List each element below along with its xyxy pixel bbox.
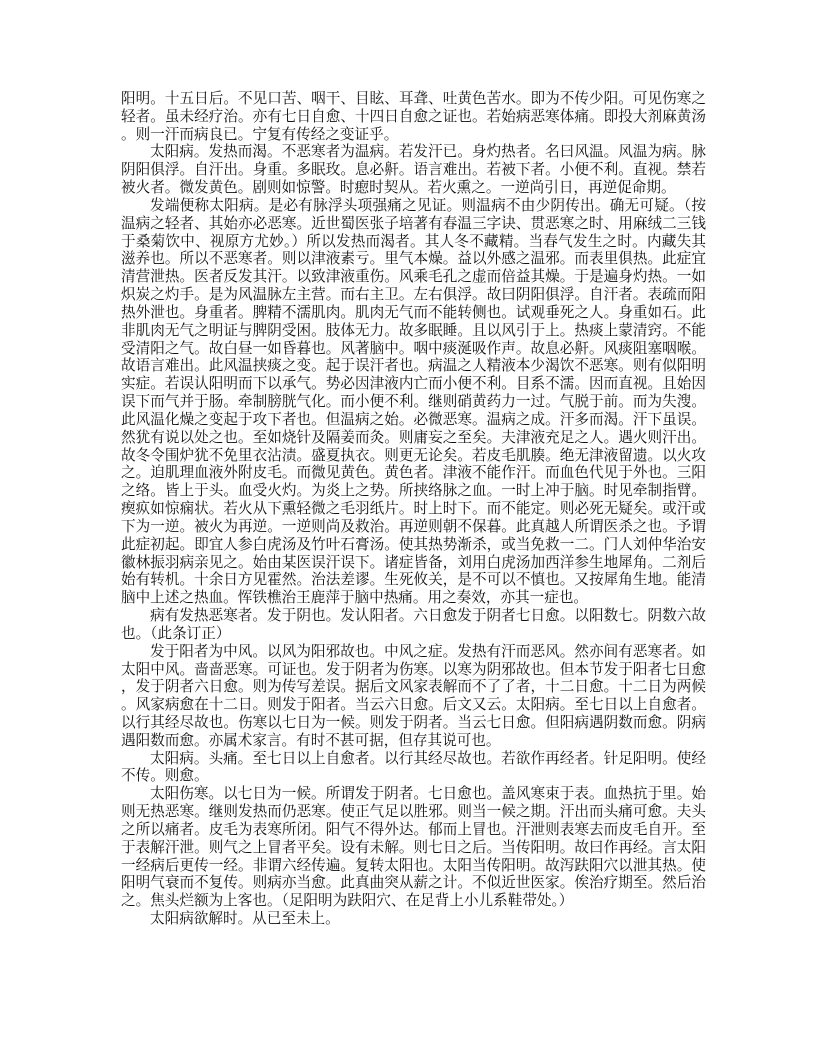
paragraph-4: 病有发热恶寒者。发于阴也。发认阳者。六日愈发于阴者七日愈。以阳数七。阴数六故也。… — [121, 607, 706, 643]
document-page: 阳明。十五日后。不见口苦、咽干、目眩、耳聋、吐黄色苦水。即为不传少阳。可见伤寒之… — [121, 90, 706, 928]
paragraph-7: 太阳伤寒。以七日为一候。所谓发于阴者。七日愈也。盖风寒束于表。血热抗于里。始则无… — [121, 785, 706, 910]
paragraph-5: 发于阳者为中风。以风为阳邪故也。中风之症。发热有汗而恶风。然亦间有恶寒者。如太阳… — [121, 643, 706, 750]
paragraph-3: 发端便称太阳病。是必有脉浮头项强痛之见证。则温病不由少阴传出。确无可疑。（按温病… — [121, 197, 706, 607]
paragraph-6: 太阳病。头痛。至七日以上自愈者。以行其经尽故也。若欲作再经者。针足阳明。使经不传… — [121, 750, 706, 786]
paragraph-2: 太阳病。发热而渴。不恶寒者为温病。若发汗已。身灼热者。名曰风温。风温为病。脉阴阳… — [121, 143, 706, 196]
paragraph-1: 阳明。十五日后。不见口苦、咽干、目眩、耳聋、吐黄色苦水。即为不传少阳。可见伤寒之… — [121, 90, 706, 143]
paragraph-8: 太阳病欲解时。从已至未上。 — [121, 910, 706, 928]
